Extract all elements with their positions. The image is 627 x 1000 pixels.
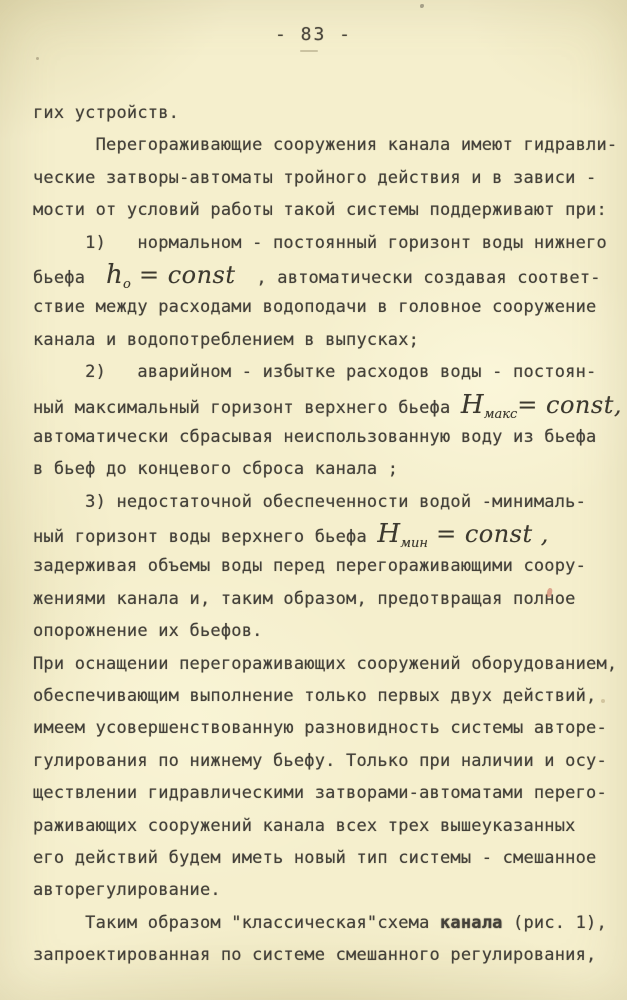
typewritten-text: канала и водопотреблением в выпусках; <box>33 330 419 350</box>
text-line: раживающих сооружений канала всех трех в… <box>33 810 599 842</box>
typewritten-text: обеспечивающим выполнение только первых … <box>33 686 596 706</box>
typewritten-text: ществлении гидравлическими затворами-авт… <box>33 783 607 803</box>
formula-subscript: макс <box>484 407 518 422</box>
text-line: 3) недостаточной обеспеченности водой -м… <box>33 486 599 518</box>
typewritten-text: ный максимальный горизонт верхнего бьефа <box>33 398 461 418</box>
text-line: Таким образом "классическая"схема канала… <box>33 907 599 939</box>
text-line: обеспечивающим выполнение только первых … <box>33 680 599 712</box>
typewritten-text: запроектированная по системе смешанного … <box>33 945 596 965</box>
typewritten-text: Таким образом "классическая"схема <box>33 913 440 933</box>
formula-subscript: o <box>123 277 131 292</box>
text-line: задерживая объемы воды перед перегоражив… <box>33 550 599 582</box>
handwritten-formula: Hмакс= const, <box>461 398 622 418</box>
typewritten-text: автоматически сбрасывая неиспользованную… <box>33 427 596 447</box>
page-number-underline-mark <box>300 50 318 52</box>
text-line: Перегораживающие сооружения канала имеют… <box>33 129 599 161</box>
text-line: в бьеф до концевого сброса канала ; <box>33 453 599 485</box>
scan-artifact-speck <box>601 699 605 703</box>
typewritten-text: в бьеф до концевого сброса канала ; <box>33 459 398 479</box>
typewritten-text: При оснащении перегораживающих сооружени… <box>33 654 617 674</box>
typewritten-text: задерживая объемы воды перед перегоражив… <box>33 556 586 576</box>
text-line: ный максимальный горизонт верхнего бьефа… <box>33 389 599 421</box>
text-line: ный горизонт воды верхнего бьефа Hмин = … <box>33 518 599 550</box>
typewritten-text: 1) нормальном - постоянный горизонт воды… <box>33 233 607 253</box>
text-block: гих устройств. Перегораживающие сооружен… <box>33 97 599 972</box>
typewritten-text: жениями канала и, таким образом, предотв… <box>33 589 576 609</box>
text-line: его действий будем иметь новый тип систе… <box>33 842 599 874</box>
text-line: бьефа ho = const , автоматически создава… <box>33 259 599 291</box>
text-line: автоматически сбрасывая неиспользованную… <box>33 421 599 453</box>
text-line: мости от условий работы такой системы по… <box>33 194 599 226</box>
typewritten-text: канала <box>440 913 503 933</box>
scan-artifact-speck <box>420 4 424 8</box>
text-line: 1) нормальном - постоянный горизонт воды… <box>33 227 599 259</box>
typewritten-text: 3) недостаточной обеспеченности водой -м… <box>33 492 586 512</box>
handwritten-formula: ho = const <box>106 268 235 288</box>
formula-variable: H <box>461 390 484 420</box>
scan-artifact-speck <box>36 57 39 60</box>
typewritten-text: ный горизонт воды верхнего бьефа <box>33 527 377 547</box>
formula-subscript: мин <box>400 536 428 551</box>
typewritten-text: 2) аварийном - избытке расходов воды - п… <box>33 362 596 382</box>
text-line: При оснащении перегораживающих сооружени… <box>33 648 599 680</box>
text-line: гих устройств. <box>33 97 599 129</box>
text-line: авторегулирование. <box>33 874 599 906</box>
page-number: - 83 - <box>0 24 627 45</box>
formula-variable: h <box>106 260 123 290</box>
text-line: ческие затворы-автоматы тройного действи… <box>33 162 599 194</box>
typewritten-text: его действий будем иметь новый тип систе… <box>33 848 596 868</box>
typewritten-text: , автоматически создавая соответ- <box>236 268 601 288</box>
text-line: имеем усовершенствованную разновидность … <box>33 712 599 744</box>
typewritten-text: (рис. 1), <box>503 913 607 933</box>
formula-rhs: = const , <box>428 520 549 548</box>
text-line: ществлении гидравлическими затворами-авт… <box>33 777 599 809</box>
handwritten-formula: Hмин = const , <box>377 527 549 547</box>
typewritten-text: опорожнение их бьефов. <box>33 621 263 641</box>
formula-variable: H <box>377 519 400 549</box>
typewritten-text: ствие между расходами водоподачи в голов… <box>33 297 596 317</box>
text-line: 2) аварийном - избытке расходов воды - п… <box>33 356 599 388</box>
formula-rhs: = const <box>131 261 236 289</box>
typewritten-text: раживающих сооружений канала всех трех в… <box>33 816 576 836</box>
typewritten-text: Перегораживающие сооружения канала имеют… <box>33 135 617 155</box>
formula-rhs: = const, <box>517 391 622 419</box>
typewritten-text: авторегулирование. <box>33 880 221 900</box>
typewritten-text: ческие затворы-автоматы тройного действи… <box>33 168 596 188</box>
text-line: опорожнение их бьефов. <box>33 615 599 647</box>
text-line: ствие между расходами водоподачи в голов… <box>33 291 599 323</box>
text-line: гулирования по нижнему бьефу. Только при… <box>33 745 599 777</box>
typewritten-text: бьефа <box>33 268 106 288</box>
typewritten-text: имеем усовершенствованную разновидность … <box>33 718 607 738</box>
scanned-document-page: - 83 - гих устройств. Перегораживающие с… <box>0 0 627 1000</box>
text-line: жениями канала и, таким образом, предотв… <box>33 583 599 615</box>
text-line: запроектированная по системе смешанного … <box>33 939 599 971</box>
text-line: канала и водопотреблением в выпусках; <box>33 324 599 356</box>
typewritten-text: гулирования по нижнему бьефу. Только при… <box>33 751 607 771</box>
typewritten-text: мости от условий работы такой системы по… <box>33 200 607 220</box>
typewritten-text: гих устройств. <box>33 103 179 123</box>
